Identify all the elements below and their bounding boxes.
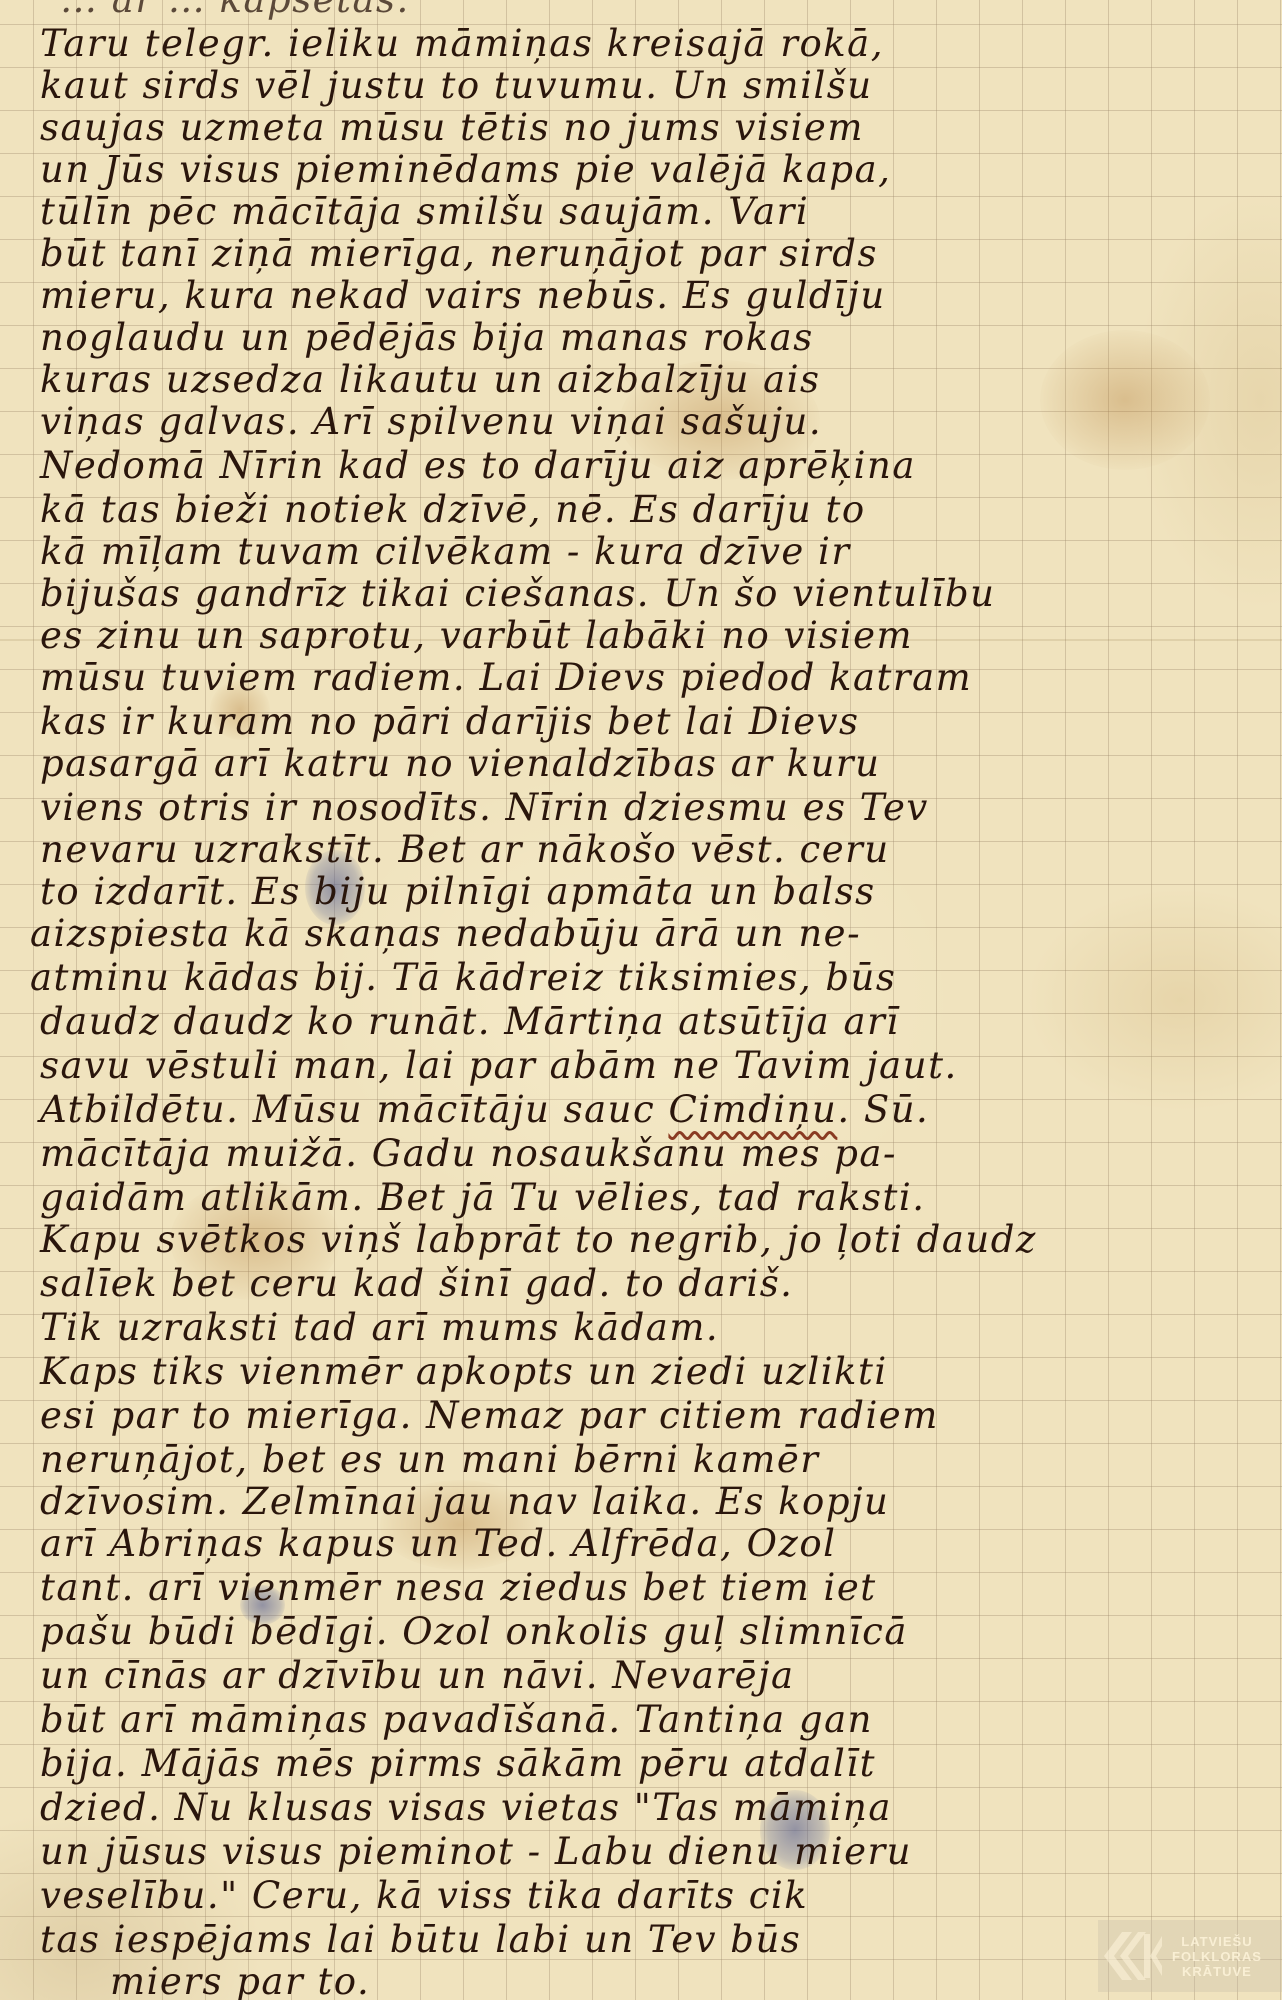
letter-line: noglaudu un pēdējās bija manas rokas bbox=[40, 316, 814, 360]
letter-line: miers par to. bbox=[110, 1960, 370, 2000]
letter-line: dzīvosim. Zelmīnai jau nav laika. Es kop… bbox=[40, 1480, 889, 1524]
water-stain bbox=[1040, 330, 1210, 470]
letter-text: Atbildētu. Mūsu mācītāju sauc bbox=[40, 1088, 668, 1131]
letter-line: savu vēstuli man, lai par abām ne Tavim … bbox=[40, 1044, 958, 1088]
underlined-name: Cimdiņu bbox=[668, 1088, 837, 1131]
watermark-line: FOLKLORAS bbox=[1172, 1949, 1262, 1964]
letter-line: kaut sirds vēl justu to tuvumu. Un smilš… bbox=[40, 64, 873, 108]
letter-line: Atbildētu. Mūsu mācītāju sauc Cimdiņu. S… bbox=[40, 1088, 929, 1132]
watermark-text: LATVIEŠU FOLKLORAS KRĀTUVE bbox=[1172, 1934, 1262, 1979]
letter-line: Tik uzraksti tad arī mums kādam. bbox=[40, 1306, 719, 1350]
letter-line: viens otris ir nosodīts. Nīrin dziesmu e… bbox=[40, 786, 929, 830]
letter-line: neruņājot, bet es un mani bērni kamēr bbox=[40, 1438, 819, 1482]
letter-line: kas ir kuram no pāri darījis bet lai Die… bbox=[40, 700, 860, 744]
letter-line: un Jūs visus pieminēdams pie valējā kapa… bbox=[40, 148, 891, 192]
letter-line: Taru telegr. ieliku māmiņas kreisajā rok… bbox=[40, 22, 884, 66]
letter-line: Kaps tiks vienmēr apkopts un ziedi uzlik… bbox=[40, 1350, 888, 1394]
letter-page: … ar … kapsētas. Taru telegr. ieliku mām… bbox=[0, 0, 1282, 2000]
archive-watermark: LATVIEŠU FOLKLORAS KRĀTUVE bbox=[1098, 1920, 1282, 1992]
letter-line: aizspiesta kā skaņas nedabūju ārā un ne- bbox=[30, 912, 861, 956]
letter-line: būt tanī ziņā mierīga, neruņājot par sir… bbox=[40, 232, 878, 276]
letter-line: nevaru uzrakstīt. Bet ar nākošo vēst. ce… bbox=[40, 828, 890, 872]
letter-line: daudz daudz ko runāt. Mārtiņa atsūtīja a… bbox=[40, 1000, 900, 1044]
letter-text: . Sū. bbox=[837, 1088, 929, 1131]
letter-line: Kapu svētkos viņš labprāt to negrib, jo … bbox=[40, 1218, 1037, 1262]
letter-line: veselību." Ceru, kā viss tika darīts cik bbox=[40, 1874, 808, 1918]
letter-line: kā mīļam tuvam cilvēkam - kura dzīve ir bbox=[40, 530, 851, 574]
letter-line: būt arī māmiņas pavadīšanā. Tantiņa gan bbox=[40, 1698, 873, 1742]
letter-line: tant. arī vienmēr nesa ziedus bet tiem i… bbox=[40, 1566, 877, 1610]
letter-line: tas iespējams lai būtu labi un Tev būs bbox=[40, 1918, 801, 1962]
letter-line: bija. Mājās mēs pirms sākām pēru atdalīt bbox=[40, 1742, 876, 1786]
letter-line: esi par to mierīga. Nemaz par citiem rad… bbox=[40, 1394, 939, 1438]
letter-line: es zinu un saprotu, varbūt labāki no vis… bbox=[40, 614, 913, 658]
letter-line: kā tas bieži notiek dzīvē, nē. Es darīju… bbox=[40, 488, 866, 532]
letter-line: mācītāja muižā. Gadu nosaukšanu mes pa- bbox=[40, 1132, 897, 1176]
letter-line: to izdarīt. Es biju pilnīgi apmāta un ba… bbox=[40, 870, 876, 914]
lfk-logo-icon bbox=[1100, 1924, 1164, 1988]
letter-line: tūlīn pēc mācītāja smilšu saujām. Vari bbox=[40, 190, 809, 234]
watermark-line: LATVIEŠU bbox=[1172, 1934, 1262, 1949]
letter-line: saujas uzmeta mūsu tētis no jums visiem bbox=[40, 106, 864, 150]
letter-line: mūsu tuviem radiem. Lai Dievs piedod kat… bbox=[40, 656, 972, 700]
letter-line: un cīnās ar dzīvību un nāvi. Nevarēja bbox=[40, 1654, 795, 1698]
letter-line: mieru, kura nekad vairs nebūs. Es guldīj… bbox=[40, 274, 886, 318]
letter-line-cut: … ar … kapsētas. bbox=[60, 0, 410, 22]
letter-line: pasargā arī katru no vienaldzības ar kur… bbox=[40, 742, 880, 786]
letter-line: Nedomā Nīrin kad es to darīju aiz aprēķi… bbox=[40, 444, 916, 488]
letter-line: kuras uzsedza likautu un aizbalzīju ais bbox=[40, 358, 821, 402]
letter-line: dzied. Nu klusas visas vietas "Tas māmiņ… bbox=[40, 1786, 892, 1830]
letter-line: salīek bet ceru kad šinī gad. to dariš. bbox=[40, 1262, 793, 1306]
letter-line: pašu būdi bēdīgi. Ozol onkolis guļ slimn… bbox=[40, 1610, 908, 1654]
watermark-line: KRĀTUVE bbox=[1172, 1964, 1262, 1979]
letter-line: un jūsus visus pieminot - Labu dienu mie… bbox=[40, 1830, 912, 1874]
letter-line: gaidām atlikām. Bet jā Tu vēlies, tad ra… bbox=[40, 1176, 926, 1220]
letter-line: atminu kādas bij. Tā kādreiz tiksimies, … bbox=[30, 956, 896, 1000]
letter-line: arī Abriņas kapus un Ted. Alfrēda, Ozol bbox=[40, 1522, 837, 1566]
letter-line: bijušas gandrīz tikai ciešanas. Un šo vi… bbox=[40, 572, 995, 616]
letter-line: viņas galvas. Arī spilvenu viņai sašuju. bbox=[40, 400, 822, 444]
